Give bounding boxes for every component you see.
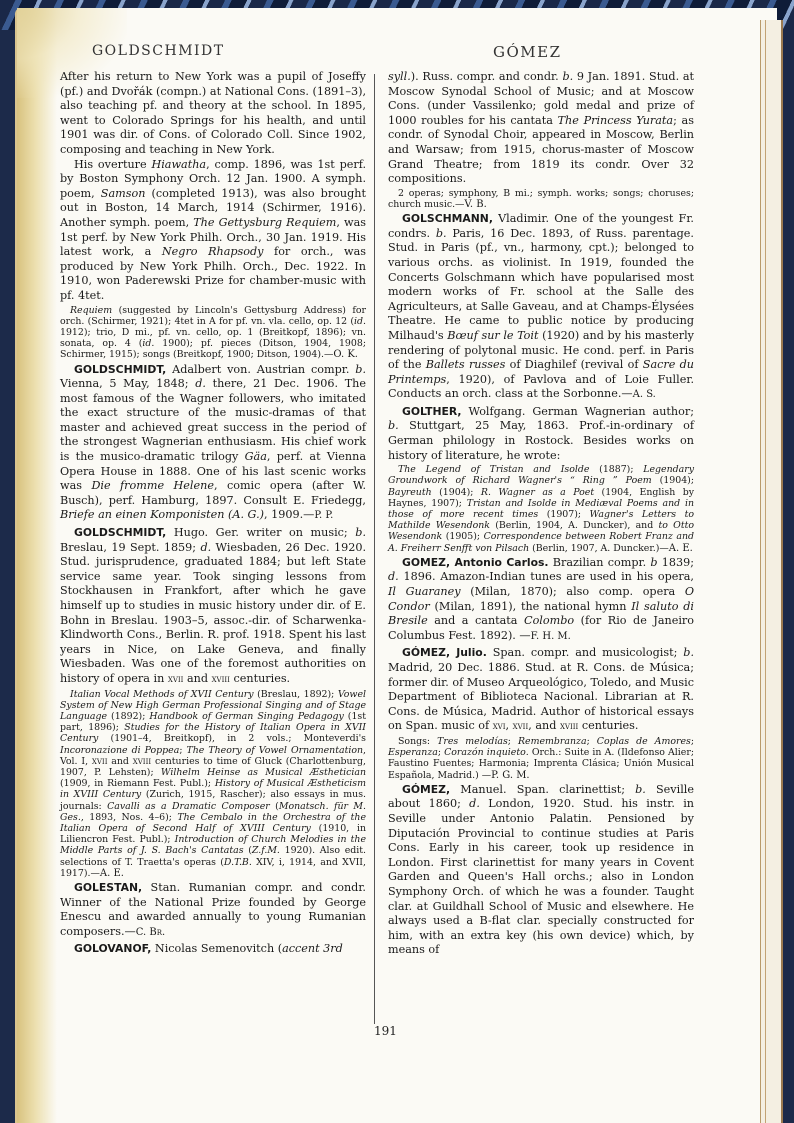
signature: A. S.: [633, 389, 656, 400]
entry-headword: GOLDSCHMIDT,: [74, 526, 166, 539]
signature: O. K.: [333, 349, 358, 360]
paragraph-works-summary: His overture Hiawatha, comp. 1896, was 1…: [60, 158, 366, 304]
running-head-left: GOLDSCHMIDT: [92, 43, 225, 59]
column-divider: [374, 74, 375, 1024]
works-list: The Legend of Tristan and Isolde (1887);…: [388, 464, 694, 554]
works-list: Requiem (suggested by Lincoln's Gettysbu…: [60, 305, 366, 361]
entry-headword: GÓMEZ,: [402, 646, 450, 659]
works-list: Italian Vocal Methods of XVII Century (B…: [60, 689, 366, 879]
entry-headword: GOMEZ,: [402, 556, 450, 569]
signature: P. P.: [314, 510, 333, 521]
signature: A. E.: [100, 868, 124, 879]
right-column: syll.). Russ. compr. and condr. b. 9 Jan…: [388, 70, 694, 958]
signature: F. H. M.: [531, 631, 571, 642]
entry-headword: GOLTHER,: [402, 405, 462, 418]
entry-golschmann: GOLSCHMANN, Vladimir. One of the younges…: [388, 212, 694, 403]
entry-golestan: GOLESTAN, Stan. Rumanian compr. and cond…: [60, 881, 366, 940]
entry-golovanof: GOLOVANOF, Nicolas Semenovitch (accent 3…: [60, 942, 366, 957]
signature: P. G. M.: [491, 770, 529, 781]
works-list: Songs: Tres melodías; Remembranza; Copla…: [388, 736, 694, 781]
entry-goldschmidt-adalbert: GOLDSCHMIDT, Adalbert von. Austrian comp…: [60, 363, 366, 525]
entry-goldschmidt-hugo: GOLDSCHMIDT, Hugo. Ger. writer on music;…: [60, 526, 366, 688]
page-edge-line: [765, 20, 769, 1123]
signature: V. B.: [464, 199, 486, 210]
entry-gomez-julio: GÓMEZ, Julio. Span. compr. and musicolog…: [388, 646, 694, 735]
left-column: After his return to New York was a pupil…: [60, 70, 366, 957]
entry-headword: GOLSCHMANN,: [402, 212, 493, 225]
entry-headword: GOLOVANOF,: [74, 942, 151, 955]
entry-gomez-antonio-carlos: GOMEZ, Antonio Carlos. Brazilian compr. …: [388, 556, 694, 645]
entry-golovanof-continuation: syll.). Russ. compr. and condr. b. 9 Jan…: [388, 70, 694, 187]
entry-gomez-manuel: GÓMEZ, Manuel. Span. clarinettist; b. Se…: [388, 783, 694, 958]
signature: A. E.: [669, 543, 693, 554]
entry-golther: GOLTHER, Wolfgang. German Wagnerian auth…: [388, 405, 694, 463]
page-number: 191: [374, 1024, 397, 1038]
signature: C. Br.: [136, 927, 165, 938]
running-head-right: GÓMEZ: [493, 43, 562, 61]
entry-headword: GOLDSCHMIDT,: [74, 363, 166, 376]
entry-headword: GOLESTAN,: [74, 881, 142, 894]
page-edge-stack: [760, 20, 783, 1123]
paragraph-continuation: After his return to New York was a pupil…: [60, 70, 366, 158]
works-list: 2 operas; symphony, B mi.; symph. works;…: [388, 188, 694, 210]
entry-headword: GÓMEZ,: [402, 783, 450, 796]
